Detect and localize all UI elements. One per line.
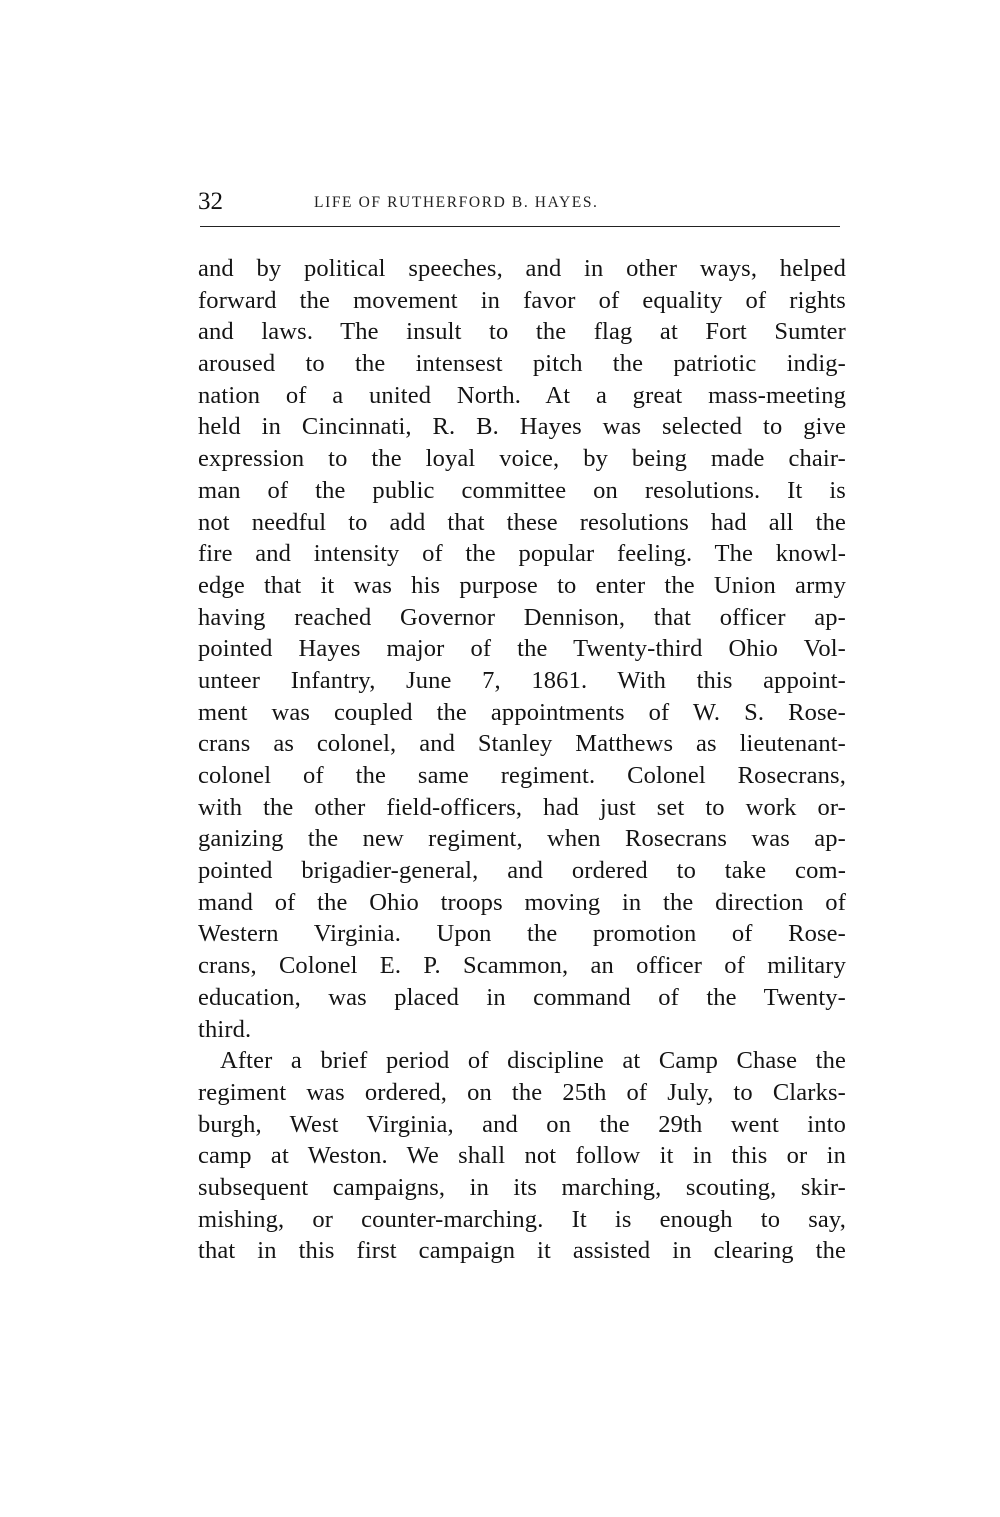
text-line: with the other field-officers, had just … [198,792,846,824]
text-line: and laws. The insult to the flag at Fort… [198,316,846,348]
text-line: ment was coupled the appointments of W. … [198,697,846,729]
header-rule [200,226,840,227]
text-line: not needful to add that these resolution… [198,507,846,539]
text-line: colonel of the same regiment. Colonel Ro… [198,760,846,792]
text-line: mand of the Ohio troops moving in the di… [198,887,846,919]
text-line: burgh, West Virginia, and on the 29th we… [198,1109,846,1141]
text-line: expression to the loyal voice, by being … [198,443,846,475]
text-line: nation of a united North. At a great mas… [198,380,846,412]
text-line: education, was placed in command of the … [198,982,846,1014]
text-line: ganizing the new regiment, when Rosecran… [198,823,846,855]
text-line: having reached Governor Dennison, that o… [198,602,846,634]
text-line: held in Cincinnati, R. B. Hayes was sele… [198,411,846,443]
text-line: fire and intensity of the popular feelin… [198,538,846,570]
text-line: unteer Infantry, June 7, 1861. With this… [198,665,846,697]
body-text: and by political speeches, and in other … [198,253,846,1267]
text-line: camp at Weston. We shall not follow it i… [198,1140,846,1172]
running-head: 32 LIFE OF RUTHERFORD B. HAYES. [198,188,844,216]
text-line: After a brief period of discipline at Ca… [198,1045,846,1077]
text-line: pointed brigadier-general, and ordered t… [198,855,846,887]
paragraph: After a brief period of discipline at Ca… [198,1045,846,1267]
text-line: pointed Hayes major of the Twenty-third … [198,633,846,665]
text-line: mishing, or counter-marching. It is enou… [198,1204,846,1236]
text-line: and by political speeches, and in other … [198,253,846,285]
text-line: man of the public committee on resolutio… [198,475,846,507]
text-line: forward the movement in favor of equalit… [198,285,846,317]
text-line: subsequent campaigns, in its marching, s… [198,1172,846,1204]
text-line: aroused to the intensest pitch the patri… [198,348,846,380]
text-line: third. [198,1014,846,1046]
text-line: crans, Colonel E. P. Scammon, an officer… [198,950,846,982]
text-line: regiment was ordered, on the 25th of Jul… [198,1077,846,1109]
text-line: crans as colonel, and Stanley Matthews a… [198,728,846,760]
text-line: that in this first campaign it assisted … [198,1235,846,1267]
page-number: 32 [198,188,223,216]
paragraph: and by political speeches, and in other … [198,253,846,1045]
book-page: 32 LIFE OF RUTHERFORD B. HAYES. and by p… [0,0,1000,1517]
running-title: LIFE OF RUTHERFORD B. HAYES. [314,192,599,214]
text-line: Western Virginia. Upon the promotion of … [198,918,846,950]
text-line: edge that it was his purpose to enter th… [198,570,846,602]
